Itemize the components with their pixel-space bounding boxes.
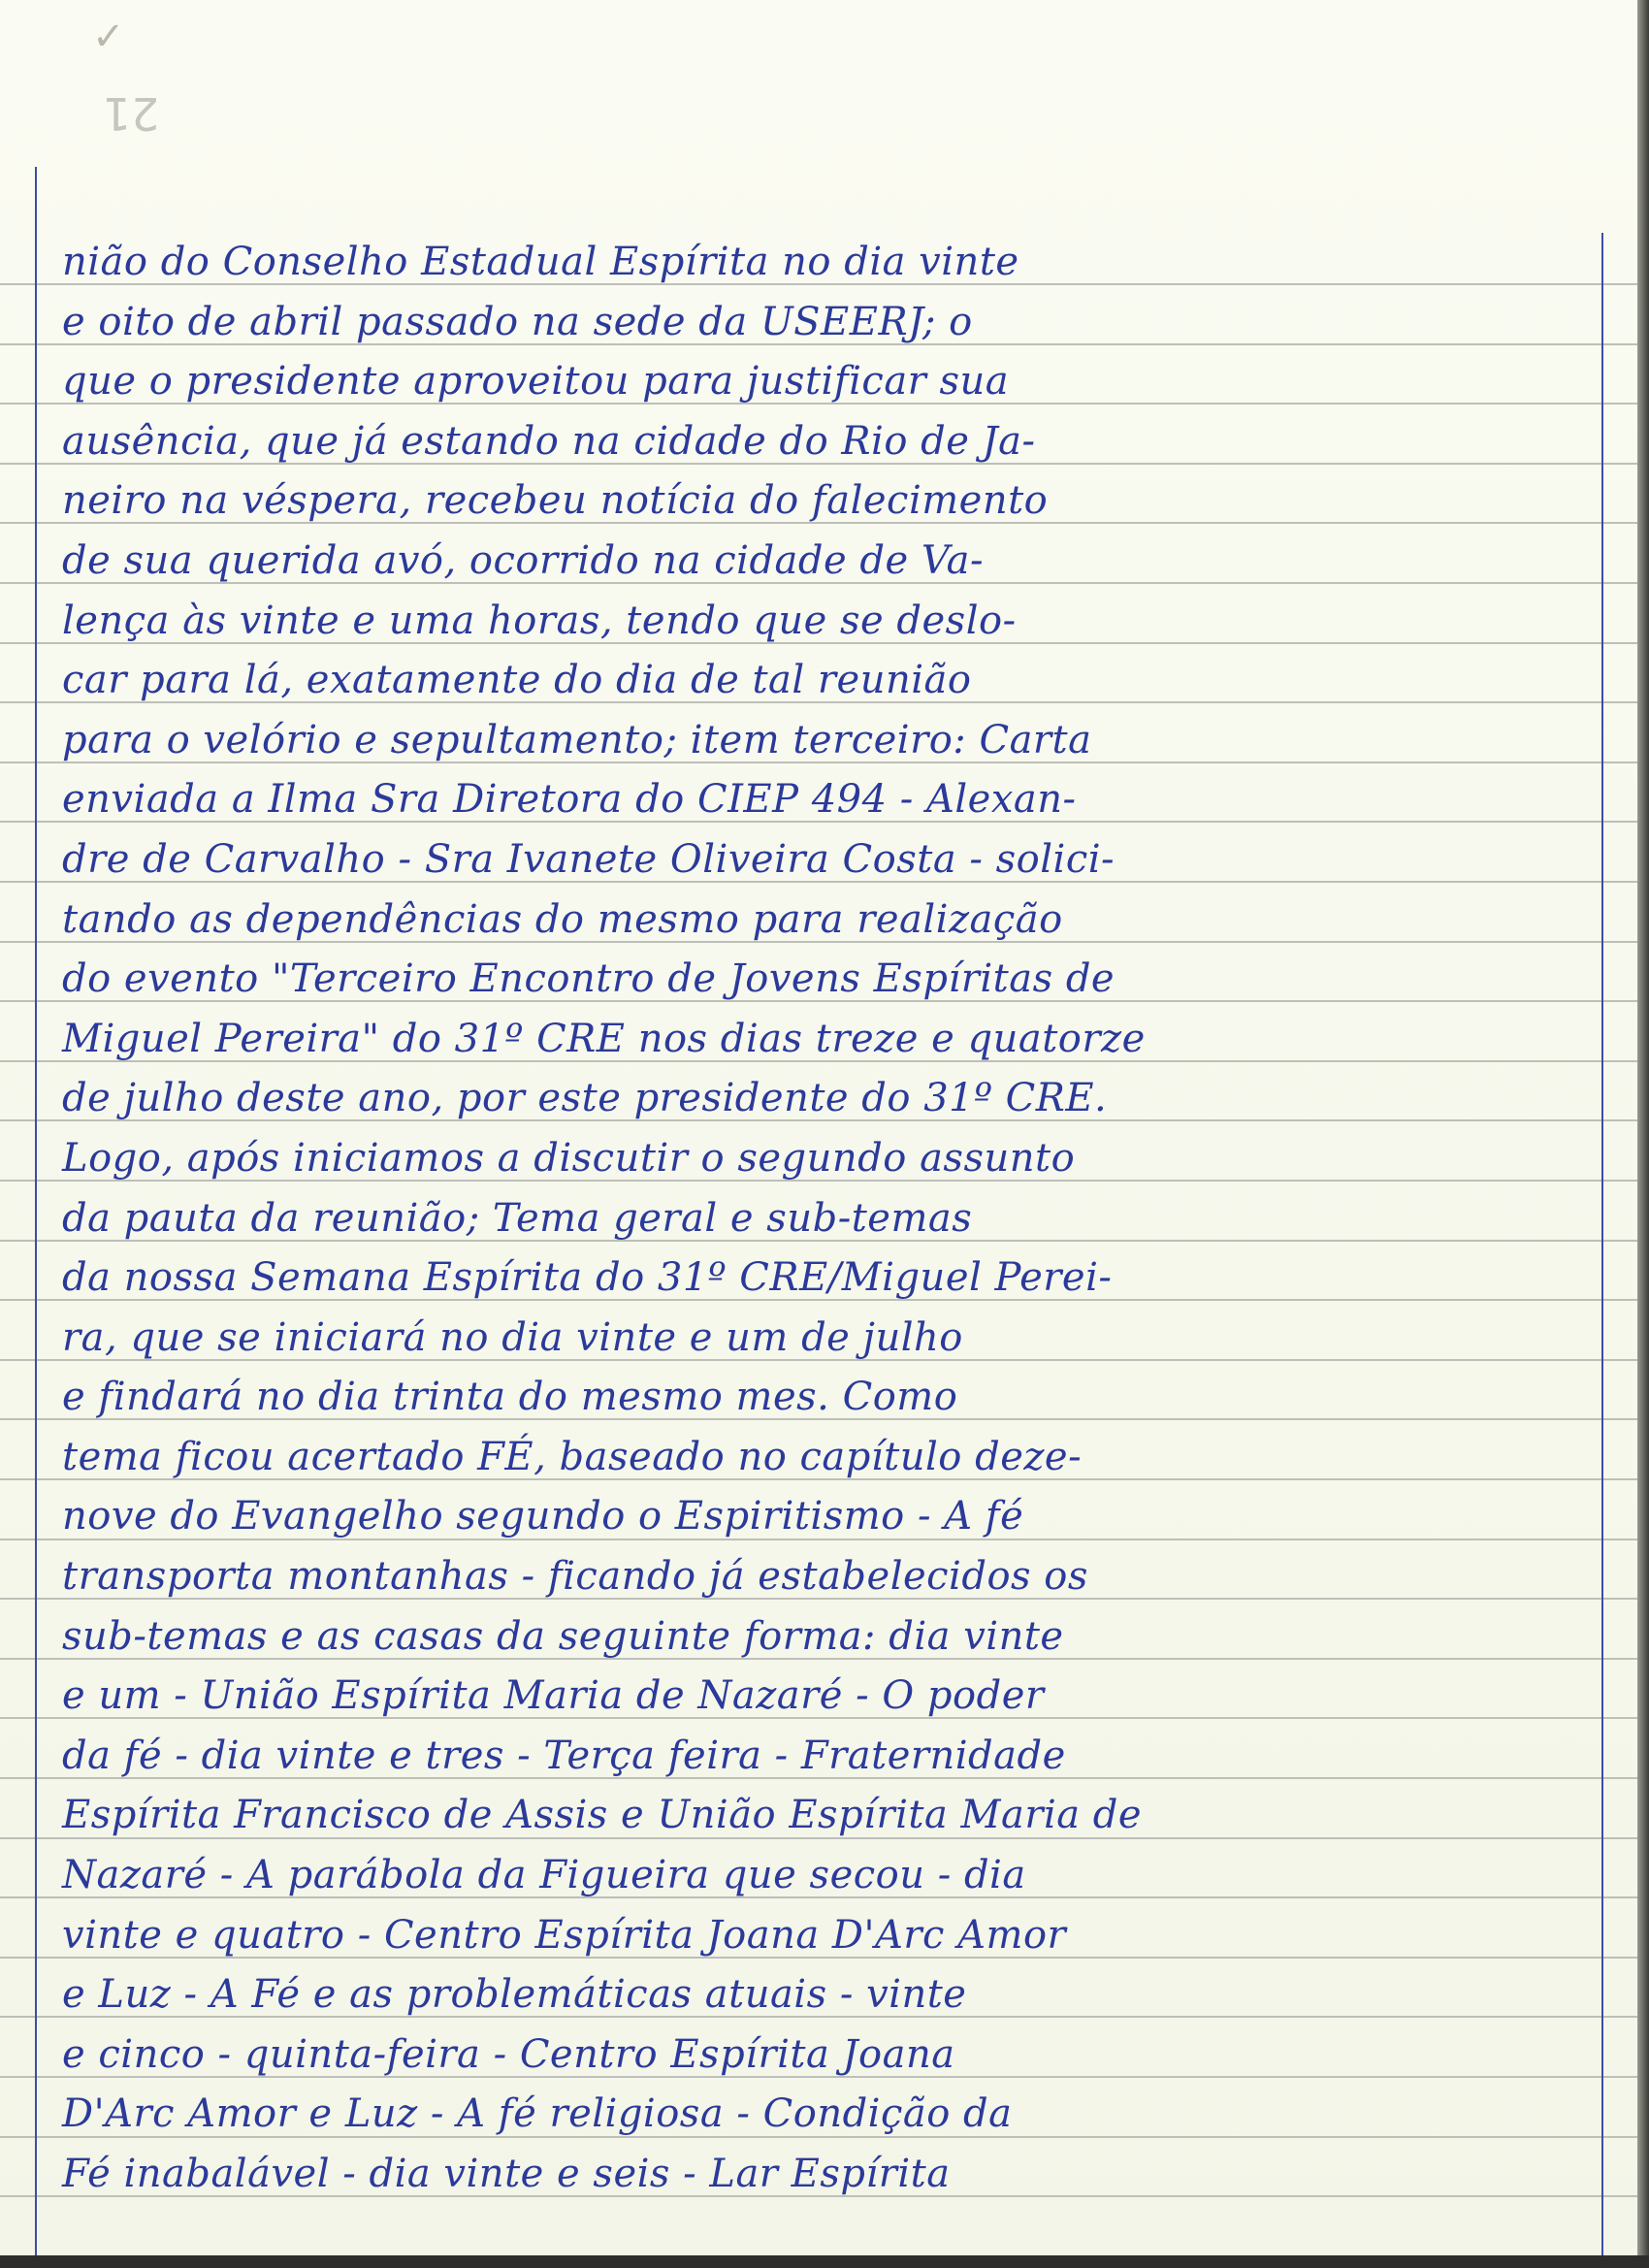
text-line: sub-temas e as casas da seguinte forma: … xyxy=(48,1607,1600,1668)
text-line-content: lença às vinte e uma horas, tendo que se… xyxy=(62,592,1017,652)
text-line-content: de julho deste ano, por este presidente … xyxy=(62,1069,1107,1129)
text-line-content: ausência, que já estando na cidade do Ri… xyxy=(62,412,1036,472)
scanner-edge-bottom xyxy=(0,2255,1649,2268)
text-line: dre de Carvalho - Sra Ivanete Oliveira C… xyxy=(48,830,1600,891)
text-line: tando as dependências do mesmo para real… xyxy=(48,891,1600,951)
text-line: ausência, que já estando na cidade do Ri… xyxy=(48,412,1600,472)
text-line-content: Fé inabalável - dia vinte e seis - Lar E… xyxy=(62,2145,951,2205)
text-line: Fé inabalável - dia vinte e seis - Lar E… xyxy=(48,2145,1600,2205)
text-line-content: para o velório e sepultamento; item terc… xyxy=(62,711,1091,771)
text-line: nove do Evangelho segundo o Espiritismo … xyxy=(48,1487,1600,1547)
text-line-content: D'Arc Amor e Luz - A fé religiosa - Cond… xyxy=(62,2085,1012,2145)
text-line-content: enviada a Ilma Sra Diretora do CIEP 494 … xyxy=(62,770,1077,830)
page-number: 21 xyxy=(97,19,165,136)
text-line-content: da pauta da reunião; Tema geral e sub-te… xyxy=(62,1189,972,1249)
text-line: do evento "Terceiro Encontro de Jovens E… xyxy=(48,950,1600,1010)
text-line-content: Espírita Francisco de Assis e União Espí… xyxy=(62,1786,1142,1846)
text-line-content: e Luz - A Fé e as problemáticas atuais -… xyxy=(62,1965,966,2025)
text-line-content: transporta montanhas - ficando já estabe… xyxy=(62,1547,1088,1607)
text-line-content: Logo, após iniciamos a discutir o segund… xyxy=(62,1129,1075,1189)
text-line: ra, que se iniciará no dia vinte e um de… xyxy=(48,1309,1600,1369)
text-line: vinte e quatro - Centro Espírita Joana D… xyxy=(48,1906,1600,1966)
text-line: da fé - dia vinte e tres - Terça feira -… xyxy=(48,1727,1600,1787)
text-line: e cinco - quinta-feira - Centro Espírita… xyxy=(48,2025,1600,2086)
text-line-content: e cinco - quinta-feira - Centro Espírita… xyxy=(62,2025,955,2086)
text-line: car para lá, exatamente do dia de tal re… xyxy=(48,651,1600,711)
text-line: e oito de abril passado na sede da USEER… xyxy=(48,293,1600,353)
text-line: neiro na véspera, recebeu notícia do fal… xyxy=(48,471,1600,532)
text-line-content: e um - União Espírita Maria de Nazaré - … xyxy=(62,1667,1044,1727)
text-line: transporta montanhas - ficando já estabe… xyxy=(48,1547,1600,1607)
left-margin-line xyxy=(35,167,37,2268)
text-line-content: nove do Evangelho segundo o Espiritismo … xyxy=(62,1487,1023,1547)
text-line: D'Arc Amor e Luz - A fé religiosa - Cond… xyxy=(48,2085,1600,2145)
text-line-content: neiro na véspera, recebeu notícia do fal… xyxy=(62,471,1048,532)
text-line: de sua querida avó, ocorrido na cidade d… xyxy=(48,532,1600,592)
text-line-content: Nazaré - A parábola da Figueira que seco… xyxy=(62,1846,1026,1906)
text-line: e Luz - A Fé e as problemáticas atuais -… xyxy=(48,1965,1600,2025)
text-line-content: nião do Conselho Estadual Espírita no di… xyxy=(62,233,1019,293)
text-line: Miguel Pereira" do 31º CRE nos dias trez… xyxy=(48,1010,1600,1070)
notebook-page: ✓ 21 nião do Conselho Estadual Espírita … xyxy=(0,0,1639,2255)
text-line-content: da fé - dia vinte e tres - Terça feira -… xyxy=(62,1727,1066,1787)
text-line-content: e findará no dia trinta do mesmo mes. Co… xyxy=(62,1368,957,1428)
text-line-content: sub-temas e as casas da seguinte forma: … xyxy=(62,1607,1064,1668)
text-line: e um - União Espírita Maria de Nazaré - … xyxy=(48,1667,1600,1727)
right-margin-line xyxy=(1601,233,1603,2255)
text-line-content: Miguel Pereira" do 31º CRE nos dias trez… xyxy=(62,1010,1146,1070)
text-line-content: do evento "Terceiro Encontro de Jovens E… xyxy=(62,950,1115,1010)
text-line: que o presidente aproveitou para justifi… xyxy=(48,352,1600,412)
text-line-content: da nossa Semana Espírita do 31º CRE/Migu… xyxy=(62,1248,1112,1309)
text-line: para o velório e sepultamento; item terc… xyxy=(48,711,1600,771)
text-line-content: de sua querida avó, ocorrido na cidade d… xyxy=(62,532,984,592)
scanner-edge-right xyxy=(1637,0,1649,2268)
text-line-content: vinte e quatro - Centro Espírita Joana D… xyxy=(62,1906,1066,1966)
text-line: enviada a Ilma Sra Diretora do CIEP 494 … xyxy=(48,770,1600,830)
text-line-content: dre de Carvalho - Sra Ivanete Oliveira C… xyxy=(62,830,1115,891)
text-line: Nazaré - A parábola da Figueira que seco… xyxy=(48,1846,1600,1906)
text-line-content: que o presidente aproveitou para justifi… xyxy=(62,352,1009,412)
text-line: tema ficou acertado FÉ, baseado no capít… xyxy=(48,1428,1600,1488)
text-line-content: car para lá, exatamente do dia de tal re… xyxy=(62,651,971,711)
text-line: de julho deste ano, por este presidente … xyxy=(48,1069,1600,1129)
text-line: e findará no dia trinta do mesmo mes. Co… xyxy=(48,1368,1600,1428)
text-line-content: tando as dependências do mesmo para real… xyxy=(62,891,1063,951)
text-line: nião do Conselho Estadual Espírita no di… xyxy=(48,233,1600,293)
text-line: Espírita Francisco de Assis e União Espí… xyxy=(48,1786,1600,1846)
text-line: Logo, após iniciamos a discutir o segund… xyxy=(48,1129,1600,1189)
text-line-content: ra, que se iniciará no dia vinte e um de… xyxy=(62,1309,963,1369)
text-line-content: tema ficou acertado FÉ, baseado no capít… xyxy=(62,1428,1082,1488)
text-line-content: e oito de abril passado na sede da USEER… xyxy=(62,293,973,353)
handwritten-text: nião do Conselho Estadual Espírita no di… xyxy=(48,233,1600,2205)
text-line: da pauta da reunião; Tema geral e sub-te… xyxy=(48,1189,1600,1249)
text-line: lença às vinte e uma horas, tendo que se… xyxy=(48,592,1600,652)
text-line: da nossa Semana Espírita do 31º CRE/Migu… xyxy=(48,1248,1600,1309)
